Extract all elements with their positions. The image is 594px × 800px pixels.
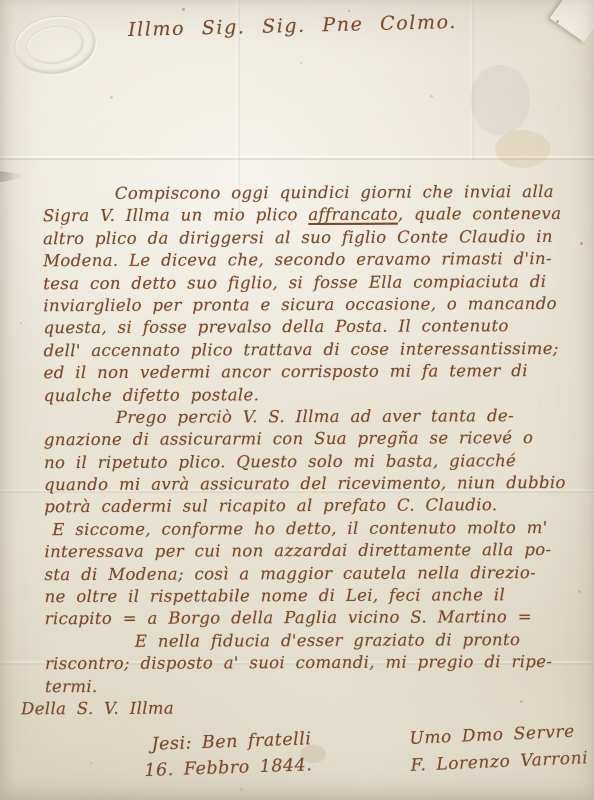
letter-line: E nella fiducia d'esser graziato di pron… [45, 630, 589, 655]
letter-line: ed il non vedermi ancor corrisposto mi f… [44, 361, 588, 386]
letter-line: questa, si fosse prevalso della Posta. I… [43, 316, 587, 341]
salutation-line: Illmo Sig. Sig. Pne Colmo. [128, 11, 457, 41]
letter-body: Compiscono oggi quindici giorni che invi… [43, 182, 589, 722]
letter-line: E siccome, conforme ho detto, il contenu… [44, 518, 588, 543]
letter-line: gnazione di assicurarmi con Sua pregña s… [44, 428, 588, 453]
letter-line: no il ripetuto plico. Questo solo mi bas… [44, 451, 588, 476]
paper-smudge [470, 65, 530, 135]
signature-block: Umo Dmo Servre F. Lorenzo Varroni [409, 718, 589, 780]
foxing-spot [20, 322, 22, 324]
foxing-spot [348, 10, 350, 12]
vertical-fold-crease [470, 0, 474, 160]
letter-line: dell' accennato plico trattava di cose i… [44, 339, 588, 364]
letter-line: Prego perciò V. S. Illma ad aver tanta d… [44, 406, 588, 431]
foxing-spot [430, 95, 433, 98]
letter-line: ne oltre il rispettabile nome di Lei, fe… [45, 585, 589, 610]
letter-line: Modena. Le diceva che, secondo eravamo r… [43, 249, 587, 274]
foxing-spot [90, 762, 92, 764]
left-edge-tear [0, 168, 34, 184]
letter-line: altro plico da diriggersi al suo figlio … [43, 227, 587, 252]
foxing-spot [556, 20, 559, 23]
foxing-spot [182, 8, 185, 11]
letter-line: inviarglielo per pronta e sicura occasio… [43, 294, 587, 319]
foxing-spot [300, 62, 302, 64]
letter-line: Sigra V. Illma un mio plico affrancato, … [43, 204, 587, 229]
paper-stain [495, 130, 550, 168]
letter-line: qualche difetto postale. [44, 383, 588, 408]
letter-line: termi. [45, 674, 589, 699]
letter-line: tesa con detto suo figlio, si fosse Ella… [43, 271, 587, 296]
letter-line: sta di Modena; così a maggior cautela ne… [44, 562, 588, 587]
date-line: 16. Febbro 1844. [144, 752, 313, 784]
letter-line: potrà cadermi sul ricapito al prefato C.… [44, 495, 588, 520]
line-segment: , quale conteneva [398, 204, 562, 224]
embossed-seal [10, 11, 99, 80]
underlined-word: affrancato [308, 205, 398, 224]
letter-line: riscontro; disposto a' suoi comandi, mi … [45, 652, 589, 677]
foxing-spot [240, 788, 243, 791]
foxing-spot [110, 96, 113, 99]
courtesy-line: Della S. V. Illma [21, 697, 589, 722]
line-segment: Sigra V. Illma un mio plico [43, 205, 308, 225]
embossed-seal-inner-ring [24, 22, 87, 68]
horizontal-fold-crease [0, 156, 594, 160]
letter-sheet: Illmo Sig. Sig. Pne Colmo. Compiscono og… [0, 0, 594, 800]
letter-line: Compiscono oggi quindici giorni che invi… [43, 182, 587, 207]
letter-line: interessava per cui non azzardai diretta… [44, 540, 588, 565]
letter-line: quando mi avrà assicurato del riceviment… [44, 473, 588, 498]
dateline: Jesi: Ben fratelli 16. Febbro 1844. [151, 726, 313, 784]
letter-line: ricapito = a Borgo della Paglia vicino S… [45, 607, 589, 632]
